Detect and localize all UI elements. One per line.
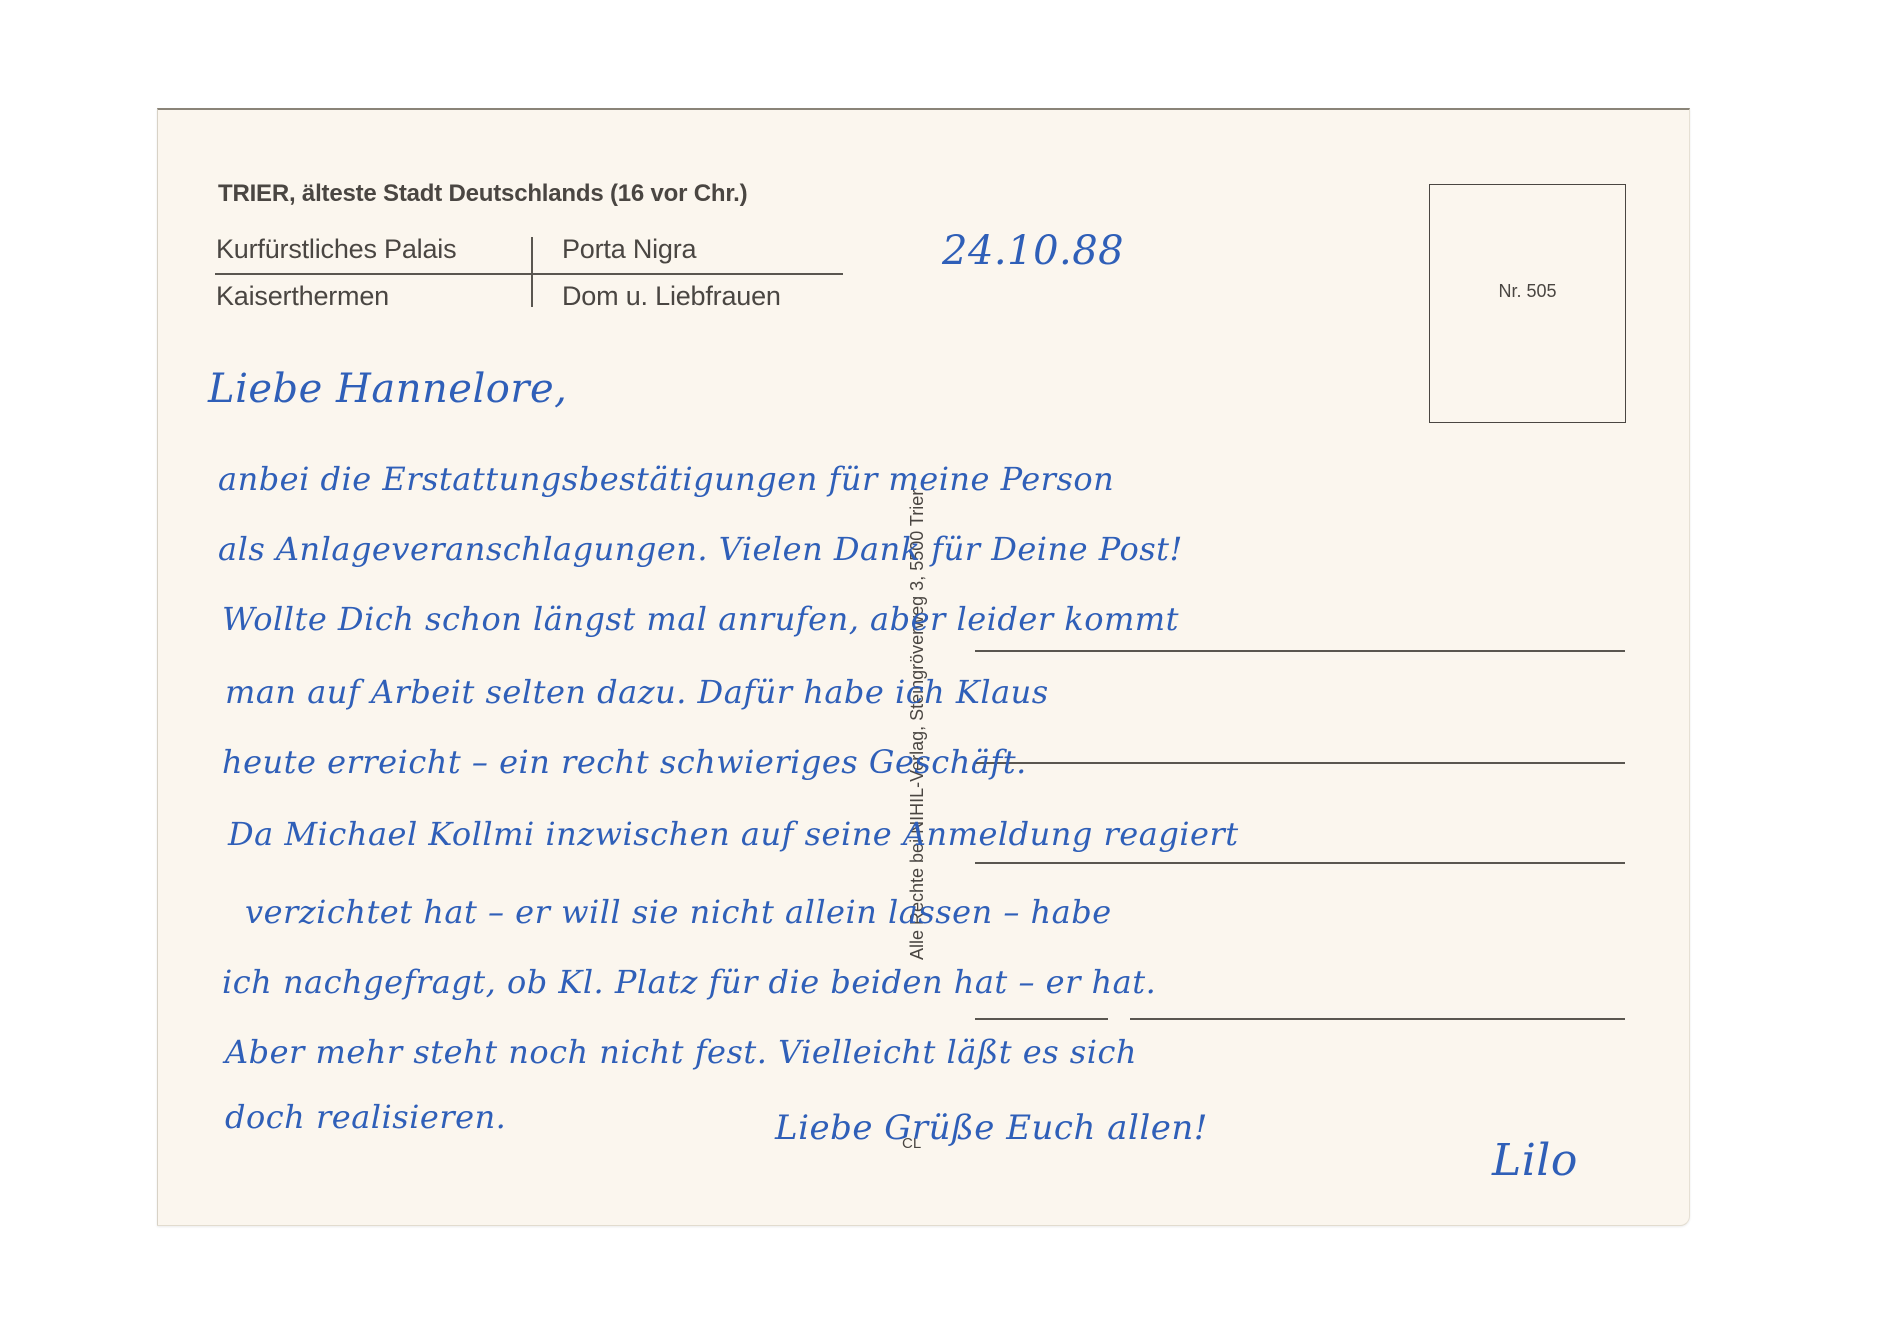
caption-porta-nigra: Porta Nigra [562,234,696,265]
caption-divider-vertical [531,237,533,307]
handwritten-line: als Anlageveranschlagungen. Vielen Dank … [218,530,1183,568]
stamp-box [1429,184,1626,423]
handwritten-line: anbei die Erstattungsbestätigungen für m… [218,460,1114,498]
handwritten-line: doch realisieren. [225,1098,506,1136]
postcard-title: TRIER, älteste Stadt Deutschlands (16 vo… [218,180,747,208]
handwritten-line: Wollte Dich schon längst mal anrufen, ab… [222,600,1179,638]
address-line-1 [975,650,1625,652]
address-line-4b [1130,1018,1625,1020]
handwritten-line: man auf Arbeit selten dazu. Dafür habe i… [225,673,1049,711]
address-line-4a [975,1018,1108,1020]
handwritten-salutation: Liebe Hannelore, [208,366,567,412]
handwritten-line: Da Michael Kollmi inzwischen auf seine A… [228,815,1239,853]
address-line-3 [975,862,1625,864]
caption-kaiserthermen: Kaiserthermen [216,281,389,312]
caption-divider-horizontal [215,273,843,275]
handwritten-line: ich nachgefragt, ob Kl. Platz für die be… [222,963,1156,1001]
handwritten-line: Aber mehr steht noch nicht fest. Viellei… [225,1033,1137,1071]
caption-kurfuerstliches-palais: Kurfürstliches Palais [216,234,456,265]
caption-dom-liebfrauen: Dom u. Liebfrauen [562,281,781,312]
handwritten-line: heute erreicht – ein recht schwieriges G… [222,743,1027,781]
address-line-2 [975,762,1625,764]
handwritten-line: verzichtet hat – er will sie nicht allei… [245,893,1112,931]
handwritten-closing: Liebe Grüße Euch allen! [775,1108,1208,1148]
handwritten-date: 24.10.88 [942,228,1124,274]
handwritten-signature: Lilo [1492,1135,1578,1186]
card-number: Nr. 505 [1429,281,1626,302]
